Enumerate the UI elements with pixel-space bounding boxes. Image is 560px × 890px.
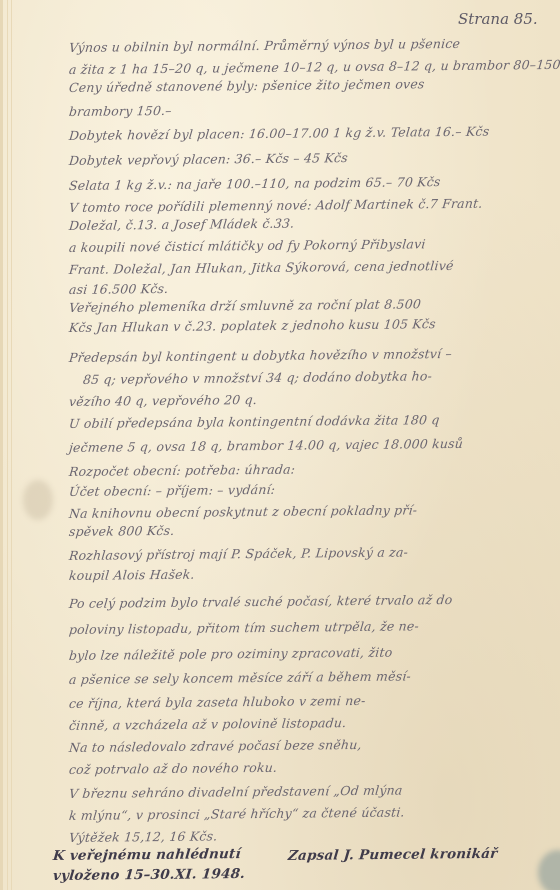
text-line: činně, a vzcházela až v polovině listopa… xyxy=(68,713,520,733)
text-line: k mlýnu“, v prosinci „Staré hříchy“ za č… xyxy=(68,803,520,823)
page-edge-line xyxy=(7,0,8,890)
text-line: Účet obecní: – příjem: – vydání: xyxy=(68,479,520,499)
text-line: Po celý podzim bylo trvalé suché počasí,… xyxy=(68,591,520,611)
text-line: Selata 1 kg ž.v.: na jaře 100.–110, na p… xyxy=(68,173,520,193)
text-line: Veřejného plemeníka drží smluvně za ročn… xyxy=(68,295,520,315)
public-notice-line-2: vyloženo 15–30.XI. 1948. xyxy=(52,863,504,884)
text-line: asi 16.500 Kčs. xyxy=(68,277,520,297)
page-number: Strana 85. xyxy=(458,10,538,28)
text-line: Frant. Doležal, Jan Hlukan, Jitka Sýkoro… xyxy=(68,257,520,277)
text-line: ce října, která byla zaseta hluboko v ze… xyxy=(68,691,520,711)
text-line: a žita z 1 ha 15–20 q, u ječmene 10–12 q… xyxy=(68,57,520,77)
text-line: brambory 150.– xyxy=(68,99,520,119)
text-line: Kčs Jan Hlukan v č.23. poplatek z jednoh… xyxy=(68,315,520,335)
text-line: Rozhlasový přístroj mají P. Spáček, P. L… xyxy=(68,543,520,563)
document-page: Strana 85. Výnos u obilnin byl normální.… xyxy=(0,0,560,890)
text-line: V tomto roce pořídili plemenný nové: Ado… xyxy=(68,195,520,215)
text-line: Na to následovalo zdravé počasí beze sně… xyxy=(68,735,520,755)
text-line: což potrvalo až do nového roku. xyxy=(68,757,520,777)
text-line: Doležal, č.13. a Josef Mládek č.33. xyxy=(68,213,520,233)
text-line: vězího 40 q, vepřového 20 q. xyxy=(68,389,520,409)
text-line: V březnu sehráno divadelní představení „… xyxy=(68,781,520,801)
text-line: Dobytek vepřový placen: 36.– Kčs – 45 Kč… xyxy=(68,148,520,168)
text-line: 85 q; vepřového v množství 34 q; dodáno … xyxy=(82,367,534,387)
text-line: Výnos u obilnin byl normální. Průměrný v… xyxy=(68,35,520,55)
page-edge-line xyxy=(11,0,12,890)
text-line: Ceny úředně stanovené byly: pšenice žito… xyxy=(68,75,520,95)
text-line: Výtěžek 15,12, 16 Kčs. xyxy=(68,825,520,845)
text-line: Dobytek hovězí byl placen: 16.00–17.00 1… xyxy=(68,123,520,143)
text-line: a koupili nové čisticí mlátičky od fy Po… xyxy=(68,235,520,255)
text-line: Předepsán byl kontingent u dobytka hověz… xyxy=(68,345,520,365)
text-line: poloviny listopadu, přitom tím suchem ut… xyxy=(68,617,520,637)
stain-mark xyxy=(23,480,53,520)
text-line: Rozpočet obecní: potřeba: úhrada: xyxy=(68,459,520,479)
text-line: ječmene 5 q, ovsa 18 q, brambor 14.00 q,… xyxy=(68,435,520,455)
text-line: Na knihovnu obecní poskytnut z obecní po… xyxy=(68,501,520,521)
text-line: spěvek 800 Kčs. xyxy=(68,519,520,539)
text-line: a pšenice se sely koncem měsíce září a b… xyxy=(68,667,520,687)
text-line: U obilí předepsána byla kontingentní dod… xyxy=(68,411,520,431)
text-line: bylo lze náležitě pole pro oziminy zprac… xyxy=(68,643,520,663)
text-line: koupil Alois Hašek. xyxy=(68,563,520,583)
